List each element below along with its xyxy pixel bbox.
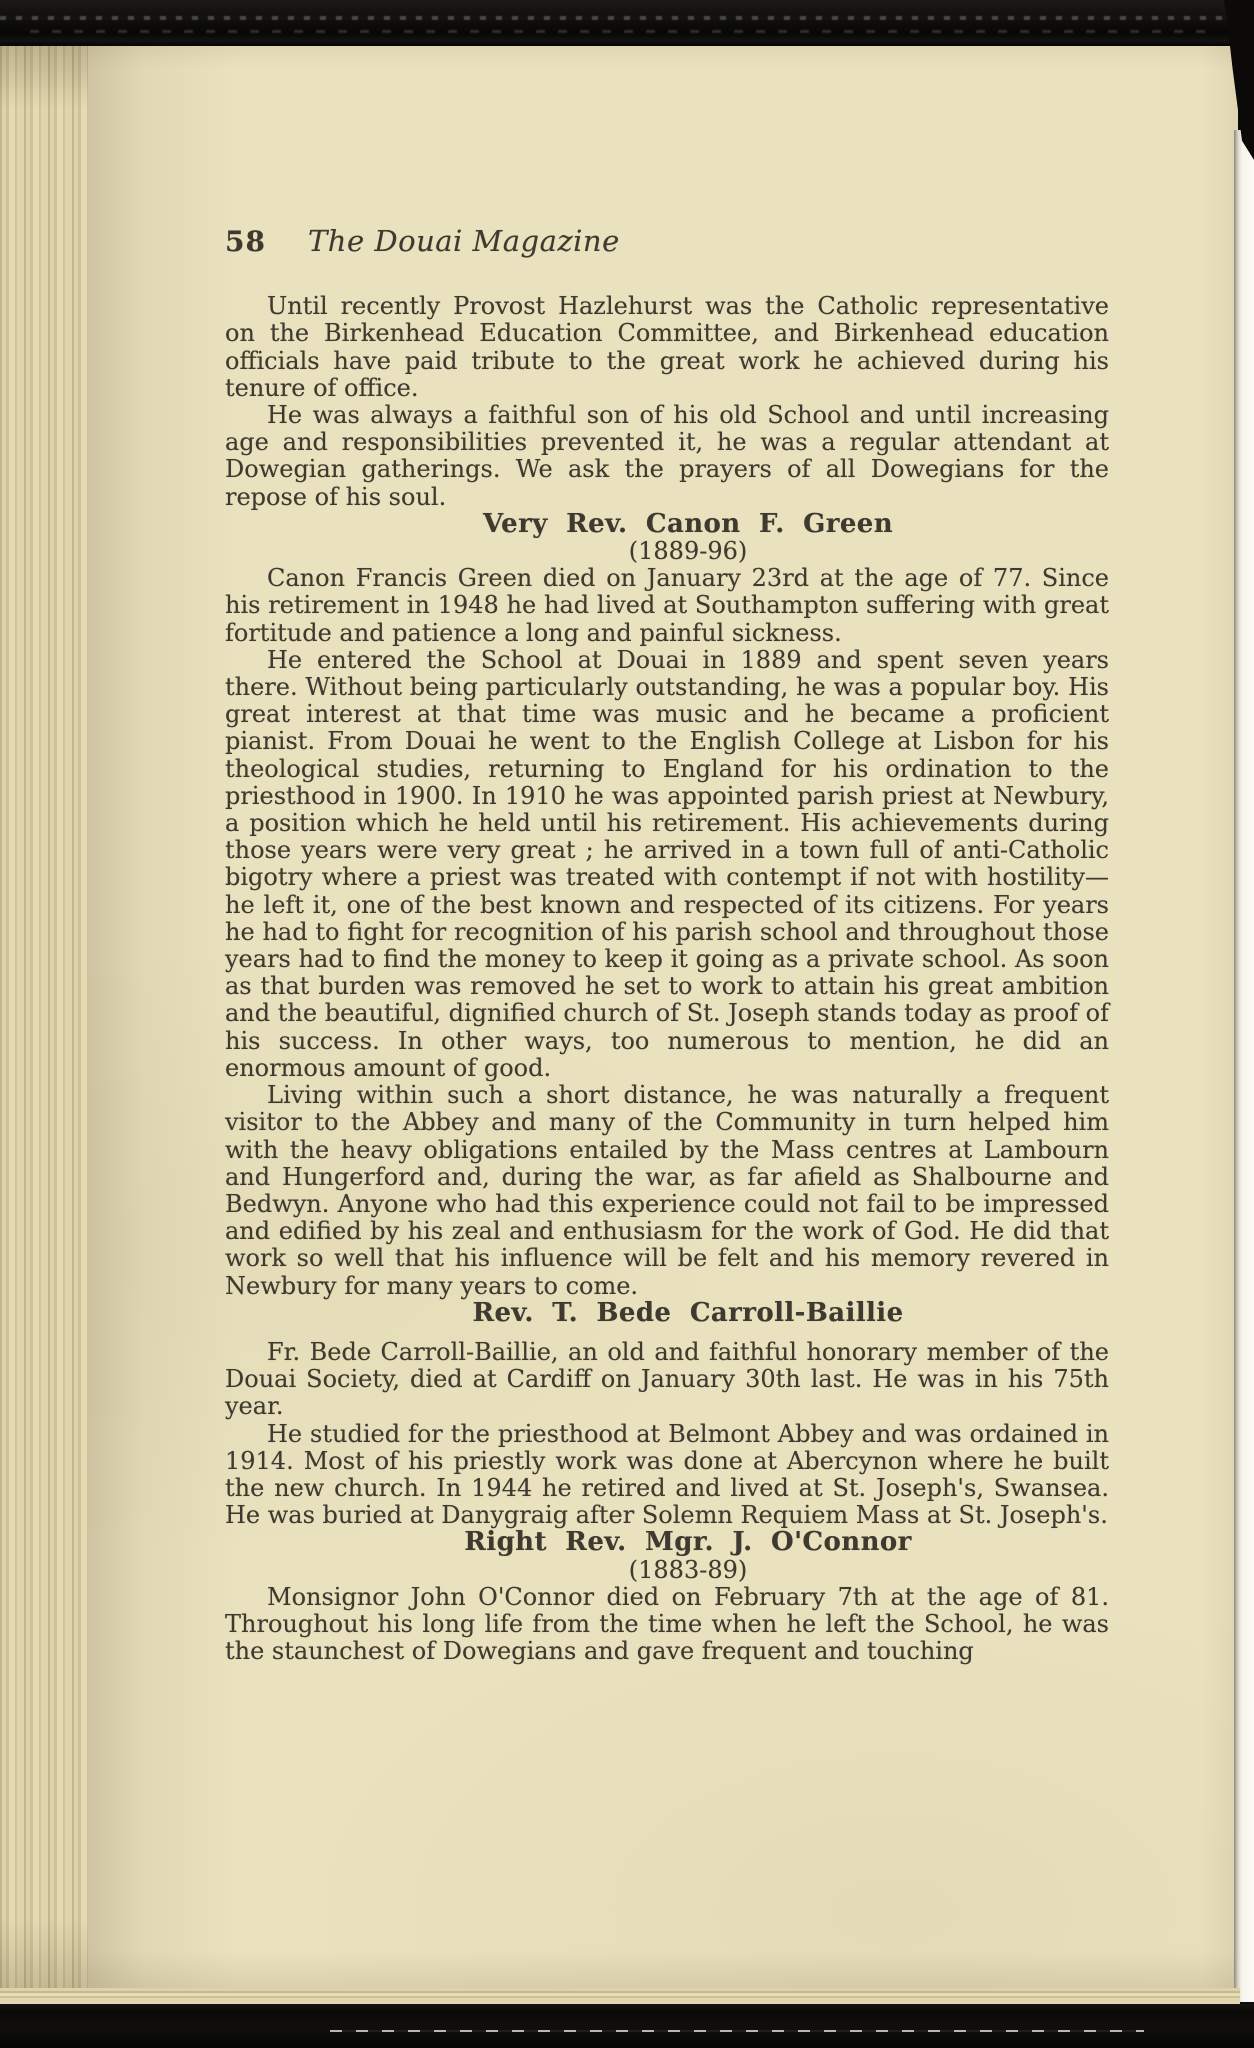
obituary-paragraph-carroll-baillie-1: Fr. Bede Carroll-Baillie, an old and fai…	[225, 1339, 1109, 1421]
page-edges-left	[0, 38, 90, 2008]
obituary-paragraph-hazlehurst-2: He was always a faithful son of his old …	[225, 402, 1109, 511]
section-heading-oconnor: Right Rev. Mgr. J. O'Connor	[225, 1529, 1109, 1556]
scanned-page: 58 The Douai Magazine Until recently Pro…	[88, 42, 1238, 1990]
obituary-paragraph-green-1: Canon Francis Green died on January 23rd…	[225, 565, 1109, 647]
obituary-paragraph-hazlehurst-1: Until recently Provost Hazlehurst was th…	[225, 293, 1109, 402]
facing-page-edge	[1234, 130, 1254, 2002]
page-content: 58 The Douai Magazine Until recently Pro…	[225, 228, 1109, 1665]
book-scan: 58 The Douai Magazine Until recently Pro…	[0, 0, 1254, 2048]
obituary-paragraph-green-2: He entered the School at Douai in 1889 a…	[225, 647, 1109, 1082]
cover-highlight-streak-2	[30, 30, 1214, 33]
section-heading-green: Very Rev. Canon F. Green	[225, 511, 1109, 538]
obituary-paragraph-green-3: Living within such a short distance, he …	[225, 1082, 1109, 1300]
section-dates-oconnor: (1883-89)	[225, 1557, 1109, 1584]
section-dates-green: (1889-96)	[225, 538, 1109, 565]
page-edges-bottom	[0, 1988, 1240, 2004]
obituary-paragraph-carroll-baillie-2: He studied for the priesthood at Belmont…	[225, 1421, 1109, 1530]
cover-bottom-highlight	[330, 2030, 1144, 2032]
book-cover-bottom	[0, 2004, 1254, 2048]
section-heading-carroll-baillie: Rev. T. Bede Carroll-Baillie	[225, 1300, 1109, 1327]
cover-highlight-streak	[0, 16, 1254, 20]
magazine-title: The Douai Magazine	[308, 228, 620, 255]
book-cover-top	[0, 0, 1254, 46]
page-number: 58	[225, 228, 266, 255]
obituary-paragraph-oconnor-1: Monsignor John O'Connor died on February…	[225, 1584, 1109, 1666]
page-header: 58 The Douai Magazine	[225, 228, 1109, 255]
